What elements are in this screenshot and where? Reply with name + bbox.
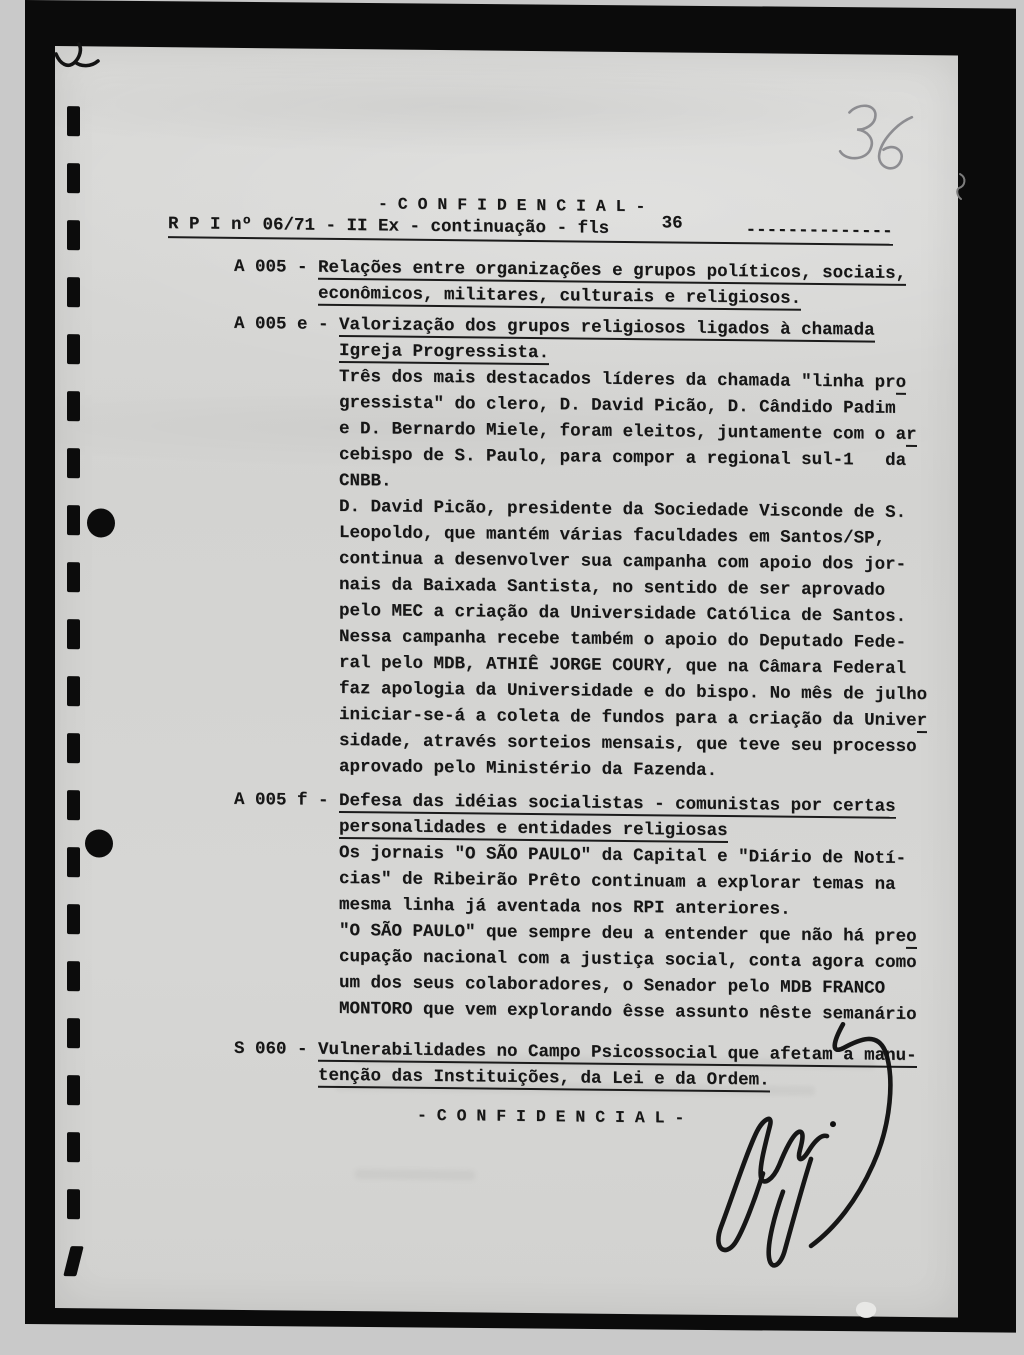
classification-footer: - C O N F I D E N C I A L - (417, 1106, 684, 1128)
section-a005: A 005 - Relações entre organizações e gr… (234, 254, 906, 313)
scanned-document: - C O N F I D E N C I A L - R P I nº 06/… (0, 0, 1024, 1355)
edge-squiggle-mark (954, 172, 970, 202)
bleed-through-smudge (355, 1169, 475, 1180)
section-a005e: A 005 e - Valorização dos grupos religio… (234, 311, 927, 786)
section-label: A 005 e - (234, 311, 339, 338)
binding-hole (67, 106, 80, 136)
folio-number: 36 (662, 213, 683, 233)
ink-dot (85, 829, 113, 857)
handwritten-checkmark (50, 38, 102, 74)
section-label: A 005 - (234, 254, 318, 281)
binding-hole (67, 505, 80, 535)
binding-hole (67, 220, 80, 250)
binding-hole (67, 448, 80, 478)
binding-hole (67, 790, 80, 820)
reference-line: R P I nº 06/71 - II Ex - continuação - f… (168, 214, 893, 246)
body-line: aprovado pelo Ministério da Fazenda. (339, 754, 927, 786)
binding-hole (67, 1189, 80, 1219)
binding-hole (67, 619, 80, 649)
signature-mark (693, 983, 933, 1296)
section-label: A 005 f - (234, 787, 339, 814)
document-page: - C O N F I D E N C I A L - R P I nº 06/… (55, 46, 958, 1317)
binding-hole (67, 1018, 80, 1048)
binding-hole (67, 562, 80, 592)
binding-hole (67, 1132, 80, 1162)
handwritten-page-number (835, 102, 919, 173)
binding-hole (67, 277, 80, 307)
binding-hole (67, 961, 80, 991)
section-content: Valorização dos grupos religiosos ligado… (339, 312, 927, 786)
reference-dashes: -------------- (683, 220, 893, 242)
binding-hole (67, 847, 80, 877)
binding-hole (67, 904, 80, 934)
binding-hole (67, 676, 80, 706)
binding-hole (67, 733, 80, 763)
binding-hole (67, 1075, 80, 1105)
binding-hole (67, 163, 80, 193)
classification-header: - C O N F I D E N C I A L - (378, 194, 645, 216)
section-label: S 060 - (234, 1036, 318, 1063)
section-content: Relações entre organizações e grupos pol… (318, 255, 906, 313)
section-title-line: econômicos, militares, culturais e relig… (318, 281, 906, 313)
ink-dot (87, 508, 115, 537)
binding-hole (67, 391, 80, 421)
binding-hole (63, 1246, 83, 1276)
binding-hole (67, 334, 80, 364)
reference-text: R P I nº 06/71 - II Ex - continuação - f… (168, 214, 662, 239)
